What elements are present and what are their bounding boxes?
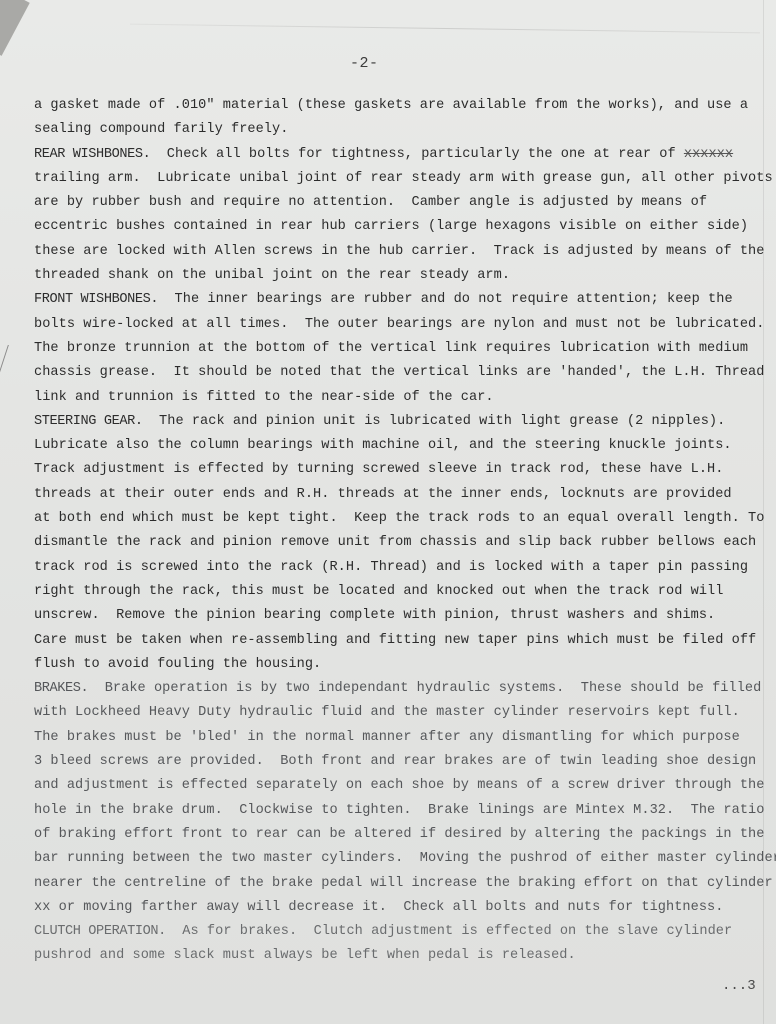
- paragraph-intro: a gasket made of .010" material (these g…: [34, 94, 776, 143]
- text-line: bolts wire-locked at all times. The oute…: [34, 313, 776, 337]
- text-line: these are locked with Allen screws in th…: [34, 240, 776, 264]
- paragraph-clutch-operation: CLUTCH OPERATION. As for brakes. Clutch …: [34, 920, 776, 969]
- text-line: eccentric bushes contained in rear hub c…: [34, 215, 776, 239]
- text-line: Care must be taken when re-assembling an…: [34, 629, 776, 653]
- text-line: and adjustment is effected separately on…: [34, 774, 776, 798]
- paragraph-brakes: BRAKES. Brake operation is by two indepe…: [34, 677, 776, 920]
- text-line: Lubricate also the column bearings with …: [34, 434, 776, 458]
- paragraph-rear-wishbones: REAR WISHBONES. Check all bolts for tigh…: [34, 143, 776, 289]
- text-line: link and trunnion is fitted to the near-…: [34, 386, 776, 410]
- text-line: CLUTCH OPERATION. As for brakes. Clutch …: [34, 920, 776, 944]
- text-line: FRONT WISHBONES. The inner bearings are …: [34, 288, 776, 312]
- page-corner-shadow: [0, 0, 30, 56]
- paragraph-steering-gear: STEERING GEAR. The rack and pinion unit …: [34, 410, 776, 677]
- text-line: STEERING GEAR. The rack and pinion unit …: [34, 410, 776, 434]
- section-heading: FRONT WISHBONES.: [34, 292, 158, 307]
- text-line: nearer the centreline of the brake pedal…: [34, 872, 776, 896]
- text-line: Track adjustment is effected by turning …: [34, 458, 776, 482]
- text-line: threaded shank on the unibal joint on th…: [34, 264, 776, 288]
- text-line: chassis grease. It should be noted that …: [34, 361, 776, 385]
- text-run: The inner bearings are rubber and do not…: [158, 292, 733, 307]
- text-line: The bronze trunnion at the bottom of the…: [34, 337, 776, 361]
- text-line: of braking effort front to rear can be a…: [34, 823, 776, 847]
- text-line: track rod is screwed into the rack (R.H.…: [34, 556, 776, 580]
- text-run: The rack and pinion unit is lubricated w…: [143, 414, 726, 429]
- section-heading: STEERING GEAR.: [34, 414, 143, 429]
- text-run: Brake operation is by two independant hy…: [88, 681, 761, 696]
- paragraph-front-wishbones: FRONT WISHBONES. The inner bearings are …: [34, 288, 776, 409]
- text-line: The brakes must be 'bled' in the normal …: [34, 726, 776, 750]
- section-heading: BRAKES.: [34, 681, 88, 696]
- margin-pencil-mark: [0, 345, 19, 375]
- text-run: Check all bolts for tightness, particula…: [150, 147, 684, 162]
- typed-body-text: a gasket made of .010" material (these g…: [34, 94, 776, 969]
- page-number: -2-: [350, 55, 379, 72]
- text-line: unscrew. Remove the pinion bearing compl…: [34, 604, 776, 628]
- text-line: bar running between the two master cylin…: [34, 847, 776, 871]
- struck-out-text: xxxxxx: [684, 147, 733, 162]
- text-line: at both end which must be kept tight. Ke…: [34, 507, 776, 531]
- text-line: 3 bleed screws are provided. Both front …: [34, 750, 776, 774]
- text-run: As for brakes. Clutch adjustment is effe…: [166, 924, 732, 939]
- text-line: REAR WISHBONES. Check all bolts for tigh…: [34, 143, 776, 167]
- text-line: trailing arm. Lubricate unibal joint of …: [34, 167, 776, 191]
- text-line: flush to avoid fouling the housing.: [34, 653, 776, 677]
- text-line: with Lockheed Heavy Duty hydraulic fluid…: [34, 701, 776, 725]
- text-line: a gasket made of .010" material (these g…: [34, 94, 776, 118]
- section-heading: CLUTCH OPERATION.: [34, 924, 166, 939]
- section-heading: REAR WISHBONES.: [34, 147, 150, 162]
- text-line: dismantle the rack and pinion remove uni…: [34, 531, 776, 555]
- text-line: pushrod and some slack must always be le…: [34, 944, 776, 968]
- text-line: BRAKES. Brake operation is by two indepe…: [34, 677, 776, 701]
- text-line: are by rubber bush and require no attent…: [34, 191, 776, 215]
- text-line: right through the rack, this must be loc…: [34, 580, 776, 604]
- continued-marker: ...3: [722, 978, 756, 994]
- text-line: hole in the brake drum. Clockwise to tig…: [34, 799, 776, 823]
- text-line: xx or moving farther away will decrease …: [34, 896, 776, 920]
- fold-line: [130, 24, 760, 34]
- text-line: threads at their outer ends and R.H. thr…: [34, 483, 776, 507]
- document-page: -2- a gasket made of .010" material (the…: [0, 0, 776, 1024]
- text-line: sealing compound farily freely.: [34, 118, 776, 142]
